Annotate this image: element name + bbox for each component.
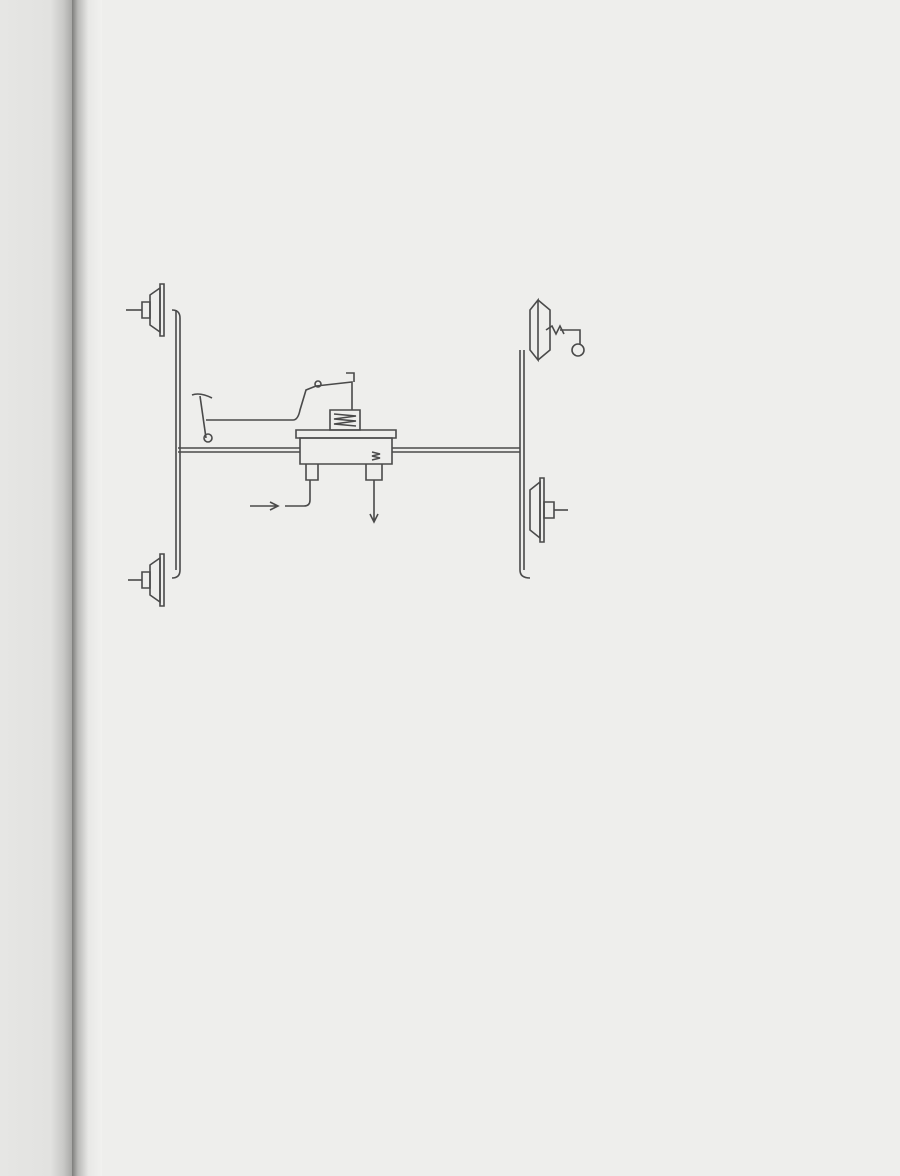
main-pipe-left xyxy=(178,448,300,452)
right-pipe xyxy=(520,350,530,578)
brake-chamber-bottom-left-icon xyxy=(128,554,164,606)
book-gutter-shadow xyxy=(72,0,102,1176)
previous-page-strip xyxy=(0,0,72,1176)
main-pipe-right xyxy=(392,448,520,452)
brake-system-diagram xyxy=(120,270,620,610)
foot-pedal-icon xyxy=(192,394,212,442)
pedal-bar xyxy=(206,386,316,420)
brake-chamber-right-icon xyxy=(530,478,568,542)
brake-chamber-top-left-icon xyxy=(126,284,164,336)
diaphragm-box-icon xyxy=(530,300,584,360)
